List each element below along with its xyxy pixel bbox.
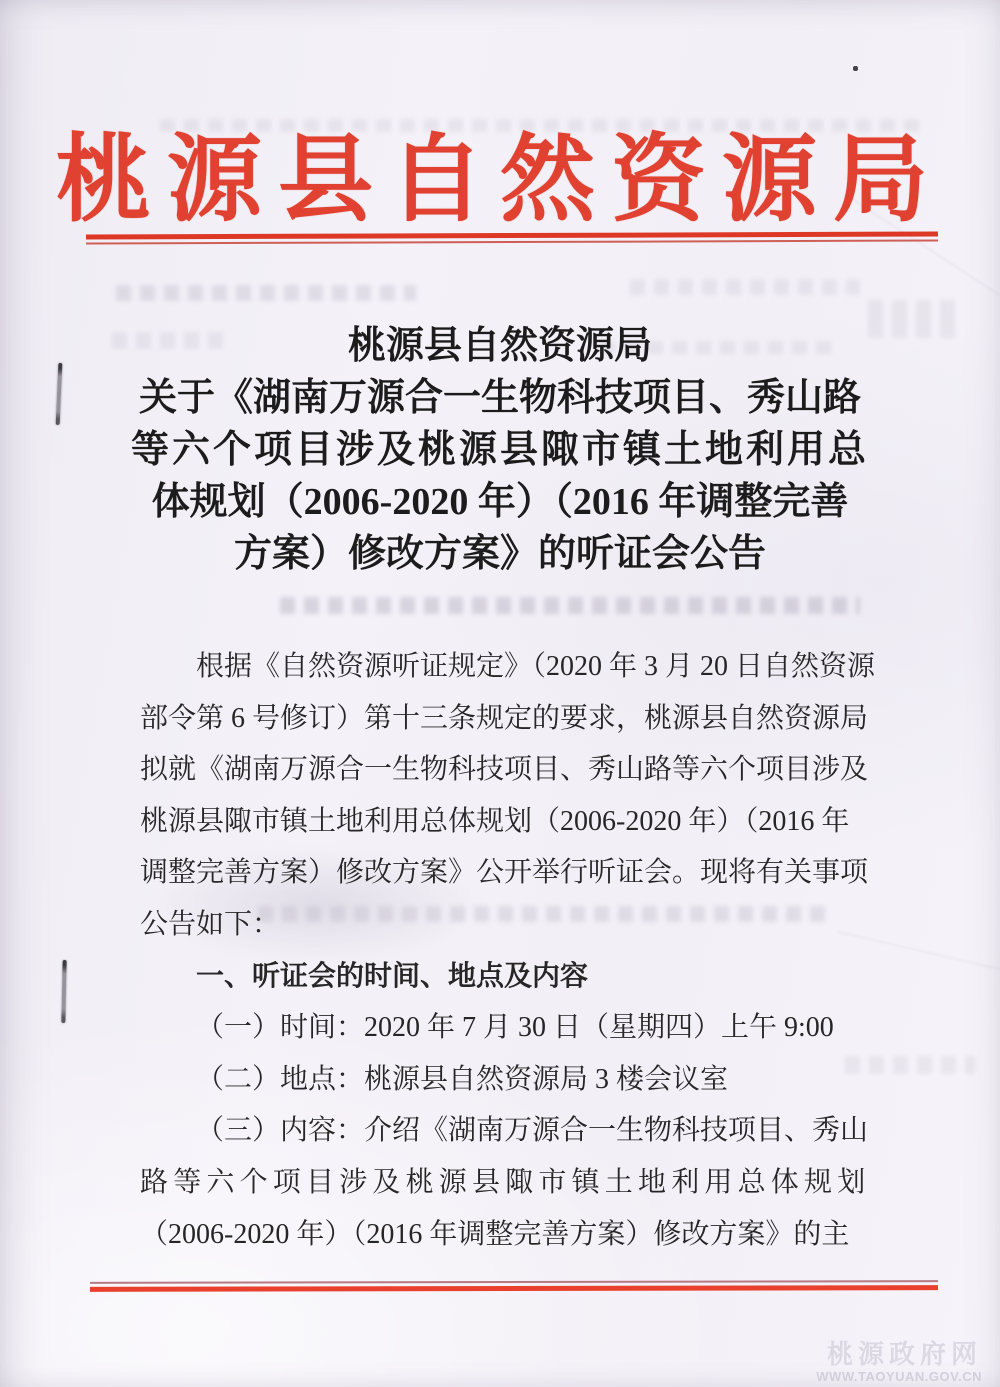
body-line: 公告如下： xyxy=(140,899,840,951)
document-title: 桃源县自然资源局 关于《湖南万源合一生物科技项目、秀山路 等六个项目涉及桃源县陬… xyxy=(60,320,940,580)
masthead-separator-line xyxy=(86,232,938,245)
title-line: 桃源县自然资源局 xyxy=(60,320,940,372)
body-line: 调整完善方案）修改方案》公开举行听证会。现将有关事项 xyxy=(140,847,840,899)
body-line: （二）地点：桃源县自然资源局 3 楼会议室 xyxy=(140,1054,840,1106)
body-line: 根据《自然资源听证规定》（2020 年 3 月 20 日自然资源 xyxy=(140,641,840,693)
staple xyxy=(61,960,66,1023)
scan-speck xyxy=(853,66,858,71)
body-line: 拟就《湖南万源合一生物科技项目、秀山路等六个项目涉及 xyxy=(140,744,840,796)
watermark: 桃源政府网 WWW.TAOYUAN.GOV.CN xyxy=(816,1341,982,1384)
title-line: 等六个项目涉及桃源县陬市镇土地利用总 xyxy=(60,424,940,476)
title-line: 方案）修改方案》的听证会公告 xyxy=(60,528,940,580)
scanned-document-page: 桃源县自然资源局 桃源县自然资源局 关于《湖南万源合一生物科技项目、秀山路 等六… xyxy=(0,0,1000,1387)
title-line: 体规划（2006-2020 年）（2016 年调整完善 xyxy=(60,476,940,528)
body-section-heading: 一、听证会的时间、地点及内容 xyxy=(140,951,840,1003)
ghost-bleed-through xyxy=(630,279,860,295)
document-body: 根据《自然资源听证规定》（2020 年 3 月 20 日自然资源 部令第 6 号… xyxy=(140,641,840,1260)
body-line: （一）时间：2020 年 7 月 30 日（星期四）上午 9:00 xyxy=(140,1002,840,1054)
ghost-bleed-through xyxy=(280,597,860,614)
watermark-site-url: WWW.TAOYUAN.GOV.CN xyxy=(816,1370,982,1384)
title-line: 关于《湖南万源合一生物科技项目、秀山路 xyxy=(60,372,940,424)
body-line: （三）内容：介绍《湖南万源合一生物科技项目、秀山 xyxy=(140,1105,840,1157)
ghost-bleed-through xyxy=(845,1056,975,1074)
footer-separator-line xyxy=(90,1280,938,1292)
body-line: （2006-2020 年）（2016 年调整完善方案）修改方案》的主 xyxy=(140,1209,840,1261)
ghost-bleed-through xyxy=(116,285,416,301)
body-line: 路等六个项目涉及桃源县陬市镇土地利用总体规划 xyxy=(140,1157,840,1209)
paper-crease xyxy=(837,931,1000,974)
body-line: 部令第 6 号修订）第十三条规定的要求，桃源县自然资源局 xyxy=(140,693,840,745)
agency-masthead: 桃源县自然资源局 xyxy=(0,130,1000,230)
watermark-site-name: 桃源政府网 xyxy=(816,1341,982,1370)
separator-thick-line xyxy=(90,1285,938,1292)
body-line: 桃源县陬市镇土地利用总体规划（2006-2020 年）（2016 年 xyxy=(140,796,840,848)
